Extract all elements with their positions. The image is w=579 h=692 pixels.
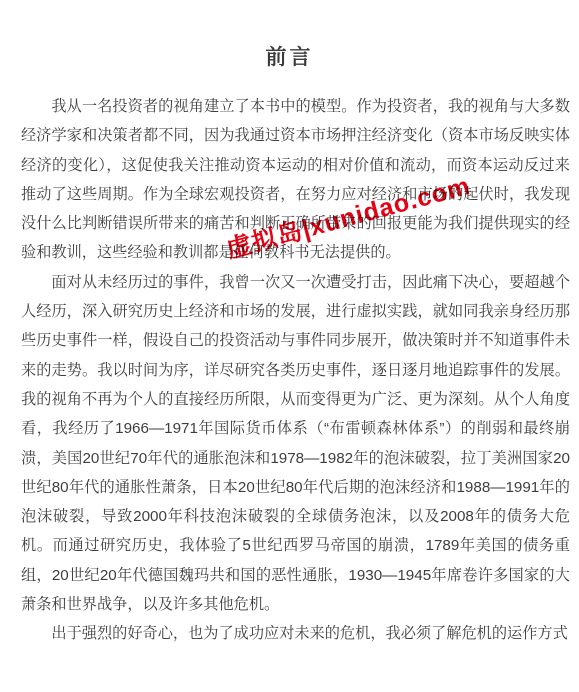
- paragraph-3: 出于强烈的好奇心，也为了成功应对未来的危机，我必须了解危机的运作方式: [21, 619, 570, 648]
- document-page: 前言 我从一名投资者的视角建立了本书中的模型。作为投资者，我的视角与大多数经济学…: [0, 0, 579, 692]
- paragraph-2: 面对从未经历过的事件，我曾一次又一次遭受打击，因此痛下决心，要超越个人经历，深入…: [21, 268, 570, 620]
- document-body: 我从一名投资者的视角建立了本书中的模型。作为投资者，我的视角与大多数经济学家和决…: [21, 92, 570, 649]
- paragraph-1: 我从一名投资者的视角建立了本书中的模型。作为投资者，我的视角与大多数经济学家和决…: [21, 92, 570, 268]
- page-title: 前言: [0, 41, 579, 71]
